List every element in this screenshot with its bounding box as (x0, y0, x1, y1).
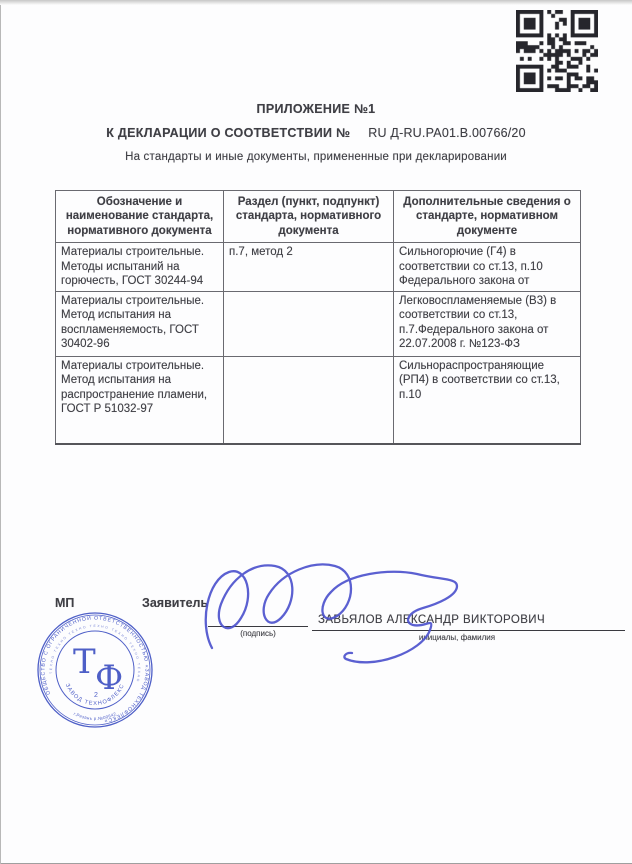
cell-section (224, 291, 394, 356)
seal-monogram-t: Т (73, 642, 96, 682)
cell-section: п.7, метод 2 (224, 243, 394, 292)
signature-stroke (206, 564, 457, 662)
table-row: Материалы строительные. Метод испытания … (56, 356, 581, 444)
seal-monogram-f: Ф (95, 658, 123, 698)
table-row: Материалы строительные. Метод испытания … (56, 291, 581, 356)
cell-standard: Материалы строительные. Метод испытания … (56, 291, 224, 356)
qr-code-icon (516, 10, 598, 92)
cell-details: Легковоспламеняемые (В3) в соответствии … (394, 291, 581, 356)
cell-details: Сильнораспространяющие (РП4) в соответст… (394, 356, 581, 444)
cell-standard: Материалы строительные. Методы испытаний… (56, 243, 224, 292)
cell-section (224, 356, 394, 444)
declaration-label: К ДЕКЛАРАЦИИ О СООТВЕТСТВИИ № (106, 126, 350, 140)
seal-branch-number: 2 (94, 692, 98, 699)
handwritten-signature (185, 552, 475, 717)
document-subtitle: На стандарты и иные документы, примененн… (0, 151, 632, 163)
table-row: Материалы строительные. Методы испытаний… (56, 243, 581, 292)
company-seal-stamp: ОБЩЕСТВО С ОГРАНИЧЕННОЙ ОТВЕТСТВЕННОСТЬЮ… (35, 610, 155, 730)
stamp-place-label: МП (55, 596, 74, 610)
appendix-title: ПРИЛОЖЕНИЕ №1 (0, 102, 632, 116)
document-page: ПРИЛОЖЕНИЕ №1 К ДЕКЛАРАЦИИ О СООТВЕТСТВИ… (0, 0, 632, 864)
cell-details: Сильногорючие (Г4) в соответствии со ст.… (394, 243, 581, 292)
declaration-line: К ДЕКЛАРАЦИИ О СООТВЕТСТВИИ № RU Д-RU.РА… (0, 126, 632, 140)
standards-table: Обозначение и наименование стандарта, но… (55, 190, 581, 445)
column-header-section: Раздел (пункт, подпункт) стандарта, норм… (224, 191, 394, 243)
column-header-standard: Обозначение и наименование стандарта, но… (56, 191, 224, 243)
cell-standard: Материалы строительные. Метод испытания … (56, 356, 224, 444)
declaration-number: RU Д-RU.РА01.В.00766/20 (368, 126, 525, 140)
column-header-details: Дополнительные сведения о стандарте, нор… (394, 191, 581, 243)
table-header-row: Обозначение и наименование стандарта, но… (56, 191, 581, 243)
